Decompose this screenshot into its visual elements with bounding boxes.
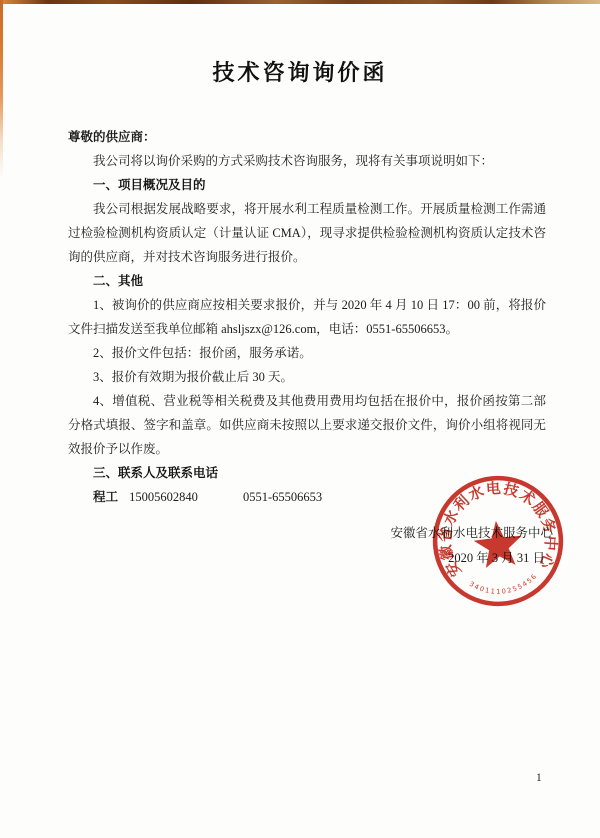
section-2-item-1: 1、被询价的供应商应按相关要求报价，并与 2020 年 4 月 10 日 17：… [68, 293, 546, 341]
section-2-heading: 二、其他 [68, 269, 546, 293]
contact-name: 程工 [93, 490, 118, 504]
section-2-item-2: 2、报价文件包括：报价函，服务承诺。 [68, 341, 546, 365]
salutation: 尊敬的供应商： [68, 125, 546, 149]
contact-line: 程工 15005602840 0551-65506653 [68, 485, 546, 509]
section-3-heading: 三、联系人及联系电话 [68, 461, 546, 485]
letter-body: 尊敬的供应商： 我公司将以询价采购的方式采购技术咨询服务，现将有关事项说明如下：… [68, 125, 546, 509]
scan-edge-left [0, 0, 3, 178]
section-2-item-3: 3、报价有效期为报价截止后 30 天。 [68, 365, 546, 389]
section-2-item-4: 4、增值税、营业税等相关税费及其他费用费用均包括在报价中，报价函按第二部分格式填… [68, 389, 546, 461]
seal-serial-number: 3401110255456 [467, 571, 541, 599]
signature-organization: 安徽省水利水电技术服务中心 [390, 521, 553, 546]
section-1-paragraph: 我公司根据发展战略要求，将开展水利工程质量检测工作。开展质量检测工作需通过检验检… [68, 197, 546, 269]
document-title: 技术咨询询价函 [0, 56, 600, 87]
signature-block: 安徽省水利水电技术服务中心 2020 年 3 月 31 日 [390, 521, 553, 571]
scan-edge-top [0, 0, 600, 4]
svg-text:3401110255456: 3401110255456 [467, 571, 541, 599]
page-number: 1 [536, 772, 542, 784]
contact-mobile: 15005602840 [129, 490, 198, 504]
signature-date: 2020 年 3 月 31 日 [390, 546, 553, 571]
section-1-heading: 一、项目概况及目的 [68, 173, 546, 197]
document-page: 技术咨询询价函 尊敬的供应商： 我公司将以询价采购的方式采购技术咨询服务，现将有… [0, 0, 600, 509]
contact-phone: 0551-65506653 [243, 490, 322, 504]
intro-paragraph: 我公司将以询价采购的方式采购技术咨询服务，现将有关事项说明如下： [68, 149, 546, 173]
